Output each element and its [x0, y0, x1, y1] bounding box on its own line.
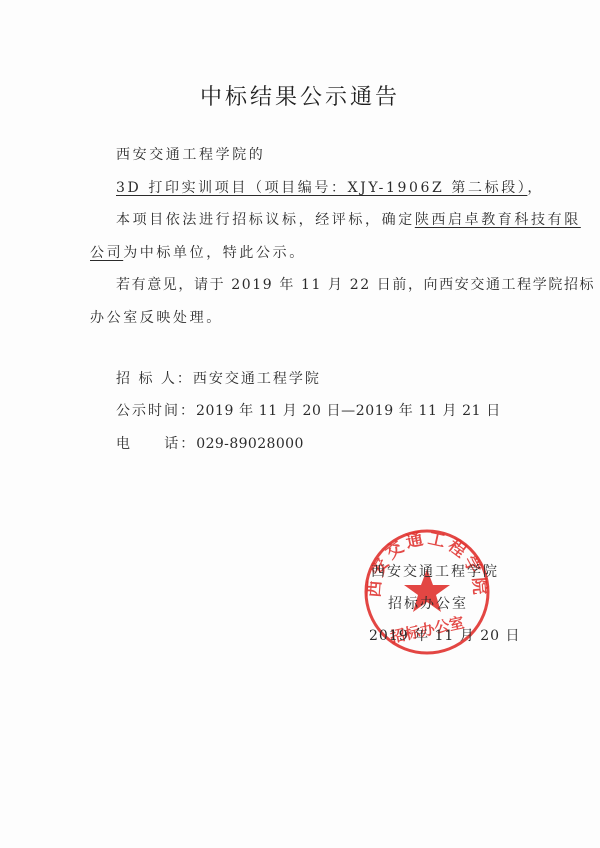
para1-prefix: 本项目依法进行招标议标，经评标，确定 — [116, 212, 415, 228]
period-label: 公示时间： — [116, 403, 196, 419]
tenderer-value: 西安交通工程学院 — [193, 371, 321, 387]
winner-name-part1: 陕西启卓教育科技有限 — [415, 212, 581, 228]
publicity-period-row: 公示时间：2019 年 11 月 20 日—2019 年 11 月 21 日 — [116, 401, 501, 421]
phone-value: 029-89028000 — [196, 436, 304, 452]
addressee: 西安交通工程学院的 — [116, 145, 265, 165]
signature-date: 2019 年 11 月 20 日 — [369, 625, 521, 645]
tenderer-label: 招 标 人： — [116, 371, 193, 387]
winner-name-part2: 公司 — [90, 245, 123, 261]
paragraph-2-line-2: 办公室反映处理。 — [90, 308, 223, 328]
project-line: 3D 打印实训项目（项目编号：XJY-1906Z 第二标段）， — [116, 178, 544, 198]
phone-row: 电 话：029-89028000 — [116, 434, 304, 454]
signature-org: 西安交通工程学院 — [371, 561, 499, 581]
page-title: 中标结果公示通告 — [0, 80, 600, 111]
signature-dept: 招标办公室 — [388, 593, 468, 613]
paragraph-1-line-2: 公司为中标单位，特此公示。 — [90, 243, 306, 263]
paragraph-2-line-1: 若有意见，请于 2019 年 11 月 22 日前，向西安交通工程学院招标 — [116, 275, 595, 295]
project-trailing: ， — [527, 180, 544, 196]
period-value: 2019 年 11 月 20 日—2019 年 11 月 21 日 — [196, 403, 501, 419]
tenderer-row: 招 标 人：西安交通工程学院 — [116, 369, 321, 389]
notice-page: 中标结果公示通告 西安交通工程学院的 3D 打印实训项目（项目编号：XJY-19… — [0, 0, 600, 848]
para1-suffix: 为中标单位，特此公示。 — [123, 245, 306, 261]
phone-label: 电 话： — [116, 436, 196, 452]
project-name: 3D 打印实训项目（项目编号：XJY-1906Z 第二标段） — [116, 180, 527, 196]
paragraph-1-line-1: 本项目依法进行招标议标，经评标，确定陕西启卓教育科技有限 — [116, 210, 581, 230]
